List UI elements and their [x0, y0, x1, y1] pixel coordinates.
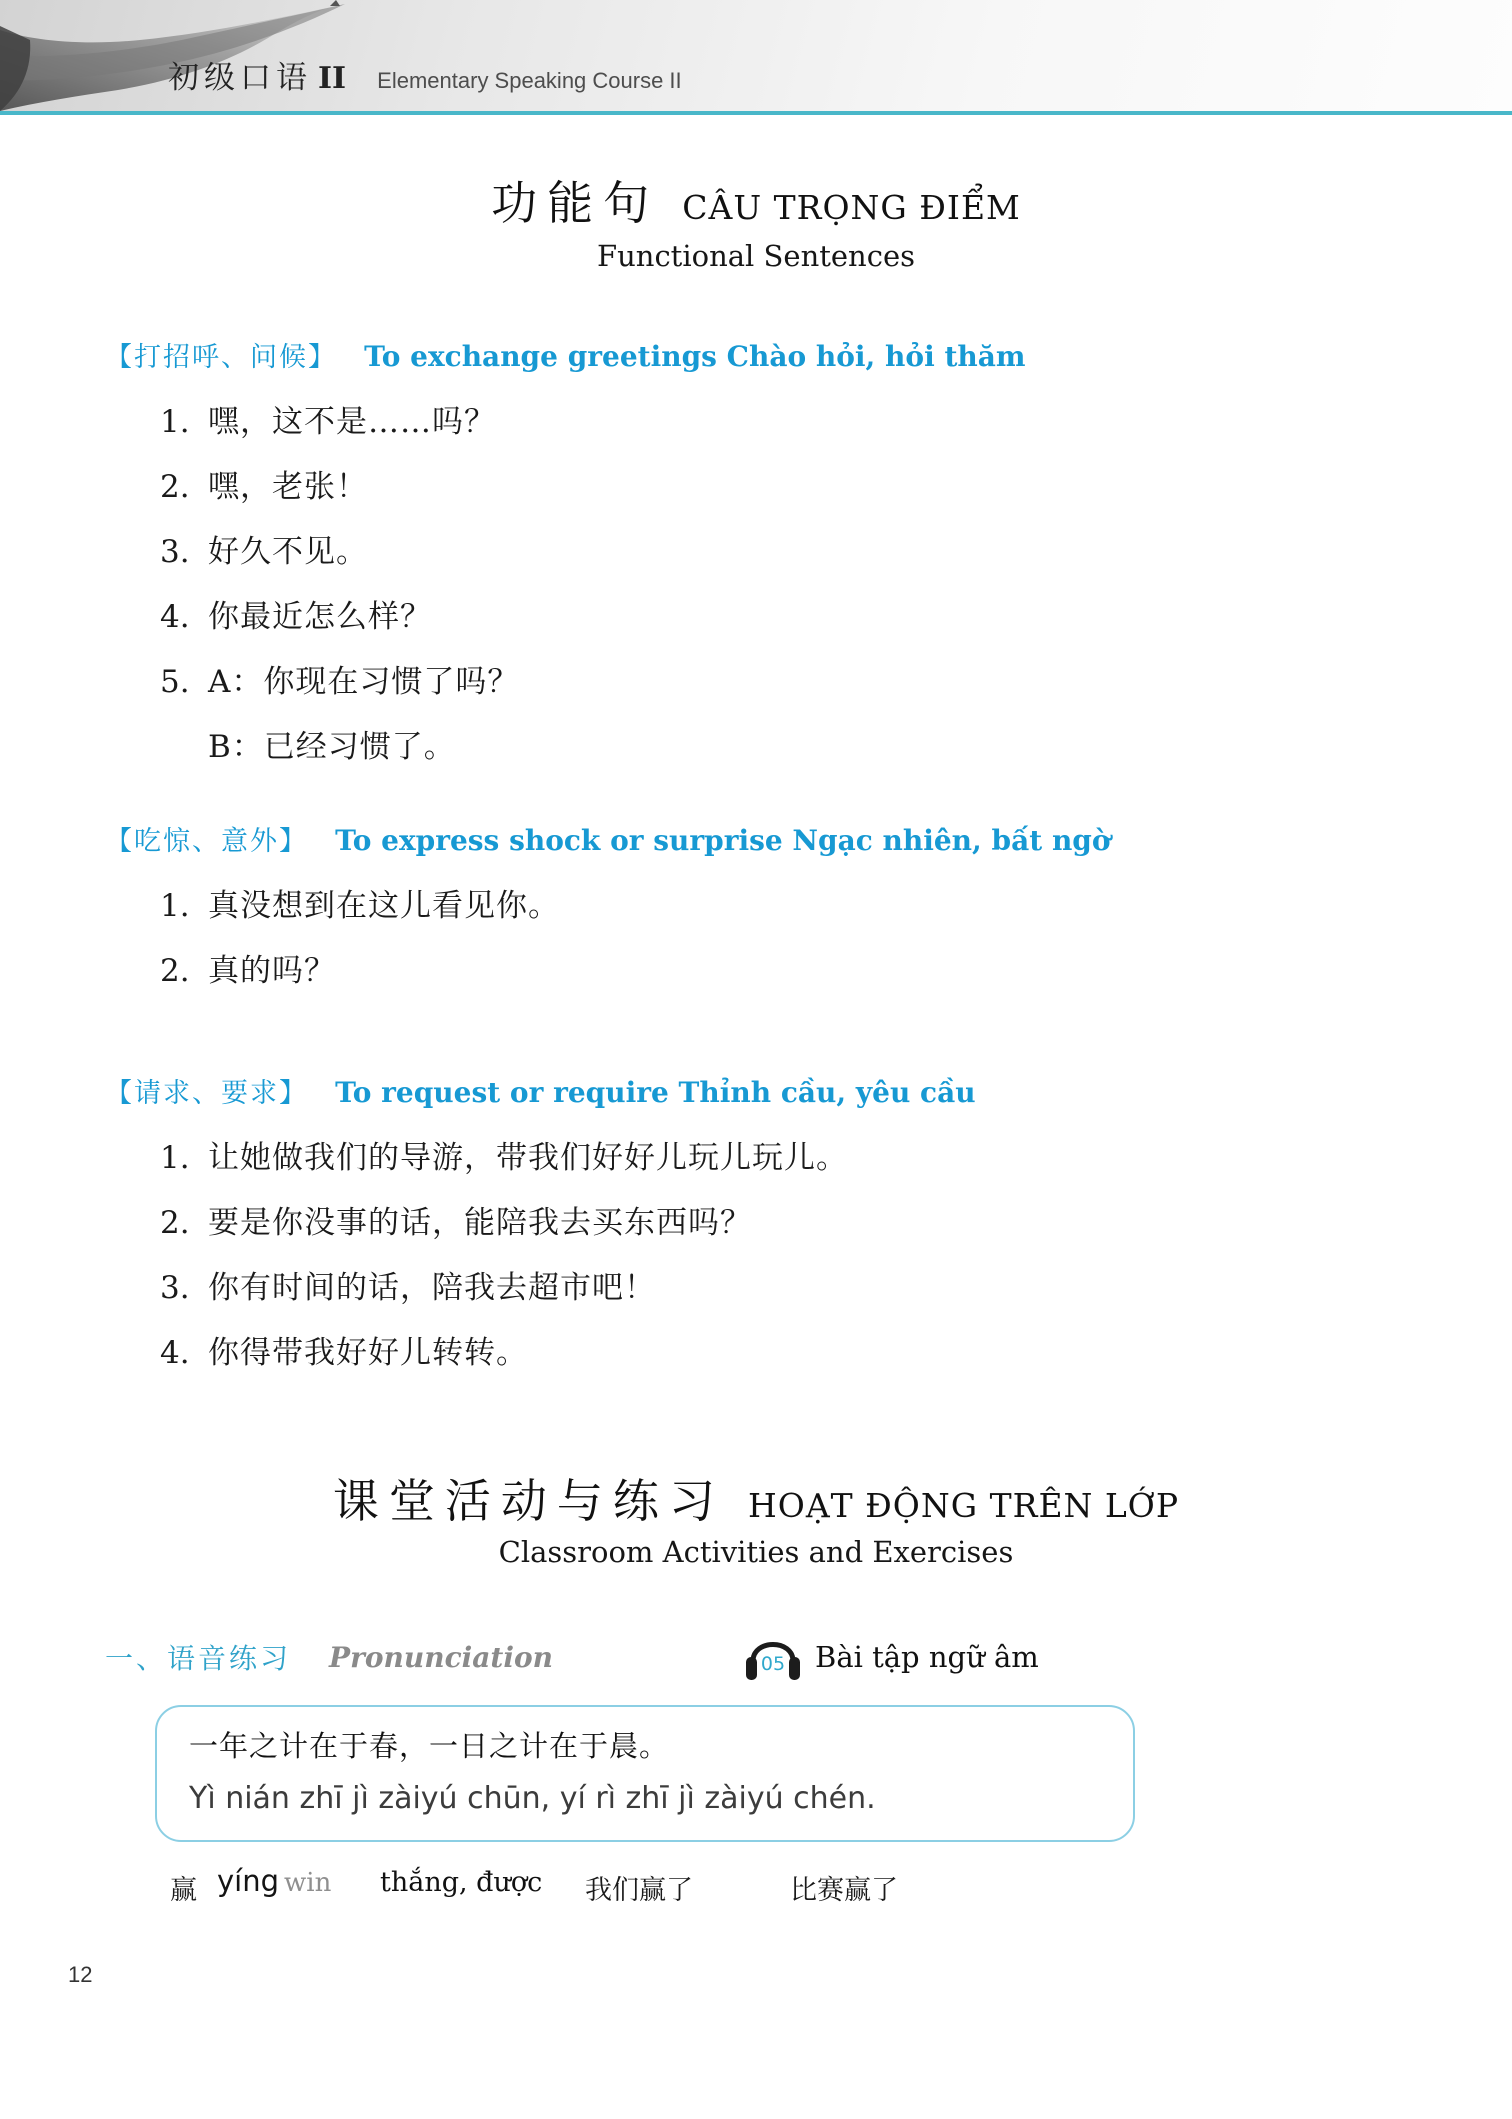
- audio-track-number: 05: [741, 1653, 805, 1675]
- vocab-hanzi: 赢: [170, 1868, 197, 1907]
- sentence-list: 1.嘿，这不是……吗？ 2.嘿，老张！ 3.好久不见。 4.你最近怎么样？ 5.…: [0, 402, 1512, 767]
- list-item: 1.让她做我们的导游，带我们好好儿玩儿玩儿。: [0, 1138, 1512, 1178]
- vocab-row: 赢 yíng win thắng, được 我们赢了 比赛赢了: [0, 1864, 1512, 1912]
- classroom-activities-subtitle: Classroom Activities and Exercises: [0, 1535, 1512, 1569]
- textbook-page: 初级口语II Elementary Speaking Course II 功能句…: [0, 0, 1512, 2119]
- pronunciation-label-vi: Bài tập ngữ âm: [815, 1640, 1039, 1674]
- list-item: 4.你得带我好好儿转转。: [0, 1333, 1512, 1373]
- list-item: 2.嘿，老张！: [0, 467, 1512, 507]
- list-item: 2.要是你没事的话，能陪我去买东西吗？: [0, 1203, 1512, 1243]
- section-greetings: 【打招呼、问候】 To exchange greetings Chào hỏi,…: [0, 335, 1512, 767]
- course-title-cn: 初级口语: [168, 60, 312, 96]
- course-title: 初级口语II Elementary Speaking Course II: [168, 52, 682, 97]
- proverb-box: 一年之计在于春，一日之计在于晨。 Yì nián zhī jì zàiyú ch…: [155, 1705, 1135, 1842]
- list-item: 1.真没想到在这儿看见你。: [0, 886, 1512, 926]
- list-item: 2.真的吗？: [0, 951, 1512, 991]
- functional-sentences-title: 功能句 CÂU TRỌNG ĐIỂM: [0, 167, 1512, 233]
- title-cn: 功能句: [491, 176, 659, 230]
- list-item: 3.你有时间的话，陪我去超市吧！: [0, 1268, 1512, 1308]
- vocab-english: win: [284, 1868, 331, 1898]
- section-surprise: 【吃惊、意外】 To express shock or surprise Ngạ…: [0, 819, 1512, 991]
- title-cn: 课堂活动与练习: [333, 1474, 725, 1528]
- page-header: 初级口语II Elementary Speaking Course II: [0, 0, 1512, 115]
- course-title-number: II: [318, 61, 346, 96]
- pronunciation-heading-row: 一、语音练习 Pronunciation 05 Bài tập ngữ âm: [0, 1631, 1512, 1683]
- vocab-example-1: 我们赢了: [585, 1868, 693, 1907]
- section-heading-row: 【打招呼、问候】 To exchange greetings Chào hỏi,…: [0, 335, 1512, 374]
- vocab-example-2: 比赛赢了: [790, 1868, 898, 1907]
- list-item: 4.你最近怎么样？: [0, 597, 1512, 637]
- section-heading: To express shock or surprise Ngạc nhiên,…: [335, 824, 1110, 857]
- pronunciation-label-en: Pronunciation: [329, 1641, 553, 1674]
- list-item: 3.好久不见。: [0, 532, 1512, 572]
- section-heading: To exchange greetings Chào hỏi, hỏi thăm: [364, 340, 1025, 373]
- list-item: 5.A：你现在习惯了吗？: [0, 662, 1512, 702]
- title-vi: HOẠT ĐỘNG TRÊN LỚP: [748, 1486, 1179, 1525]
- course-title-en: Elementary Speaking Course II: [377, 68, 682, 93]
- vocab-vietnamese: thắng, được: [380, 1867, 542, 1898]
- section-request: 【请求、要求】 To request or require Thỉnh cầu,…: [0, 1071, 1512, 1373]
- audio-track-indicator: 05: [741, 1631, 805, 1683]
- classroom-activities-title: 课堂活动与练习 HOẠT ĐỘNG TRÊN LỚP: [0, 1465, 1512, 1531]
- proverb-cn: 一年之计在于春，一日之计在于晨。: [189, 1727, 1101, 1765]
- page-number: 12: [68, 1962, 92, 1988]
- pronunciation-label-cn: 一、语音练习: [105, 1637, 291, 1677]
- vocab-pinyin: yíng: [217, 1864, 279, 1898]
- section-heading-row: 【吃惊、意外】 To express shock or surprise Ngạ…: [0, 819, 1512, 858]
- sentence-list: 1.让她做我们的导游，带我们好好儿玩儿玩儿。 2.要是你没事的话，能陪我去买东西…: [0, 1138, 1512, 1373]
- list-item-reply: B：已经习惯了。: [0, 727, 1512, 767]
- section-tag-cn: 【请求、要求】: [105, 1078, 308, 1109]
- sentence-list: 1.真没想到在这儿看见你。 2.真的吗？: [0, 886, 1512, 991]
- proverb-pinyin: Yì nián zhī jì zàiyú chūn, yí rì zhī jì …: [189, 1781, 1101, 1816]
- title-vi: CÂU TRỌNG ĐIỂM: [682, 188, 1021, 227]
- functional-sentences-subtitle: Functional Sentences: [0, 239, 1512, 273]
- section-tag-cn: 【打招呼、问候】: [105, 342, 337, 373]
- section-heading-row: 【请求、要求】 To request or require Thỉnh cầu,…: [0, 1071, 1512, 1110]
- section-tag-cn: 【吃惊、意外】: [105, 826, 308, 857]
- section-heading: To request or require Thỉnh cầu, yêu cầu: [335, 1076, 976, 1109]
- list-item: 1.嘿，这不是……吗？: [0, 402, 1512, 442]
